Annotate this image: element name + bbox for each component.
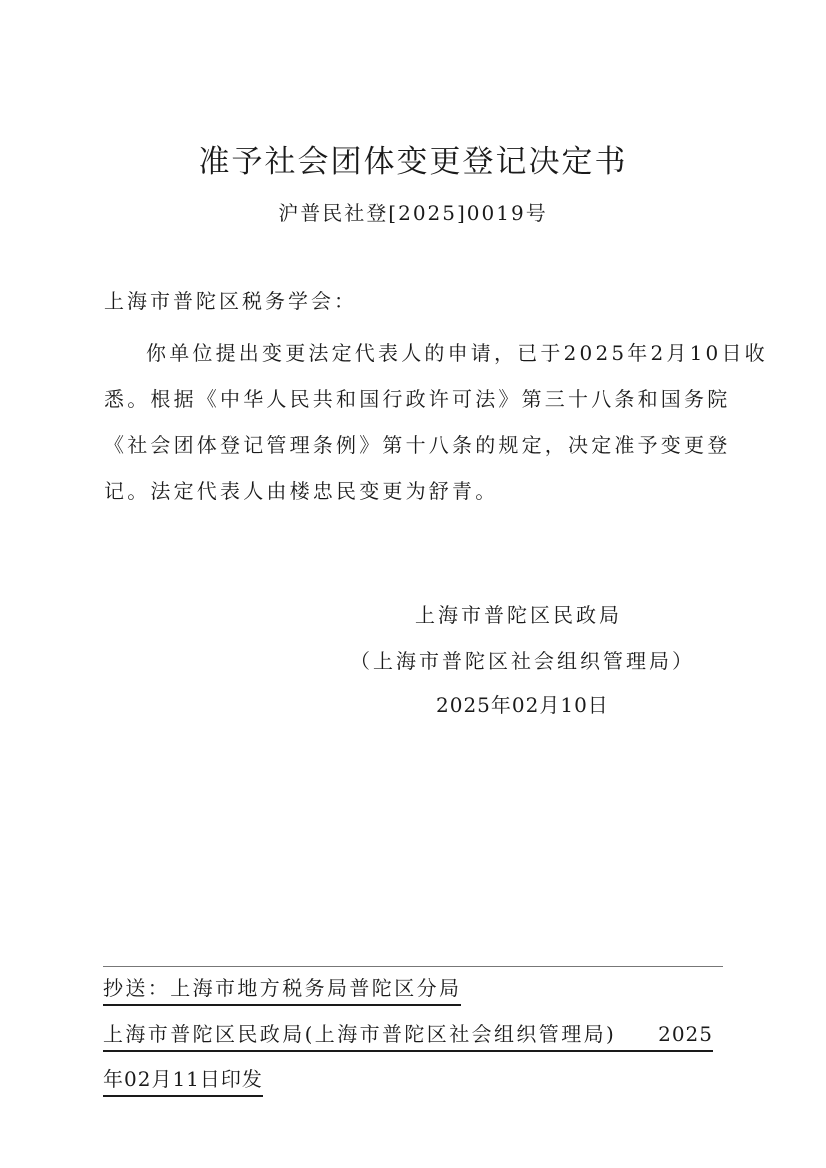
body-line: 你单位提出变更法定代表人的申请，已于2025年2月10日收	[146, 338, 768, 368]
addressee: 上海市普陀区税务学会：	[104, 286, 357, 316]
printer-year: 2025	[658, 1019, 713, 1049]
body-line: 记。法定代表人由楼忠民变更为舒青。	[104, 476, 498, 506]
body-line: 《社会团体登记管理条例》第十八条的规定，决定准予变更登	[104, 430, 730, 460]
document-number: 沪普民社登[2025]0019号	[0, 198, 826, 228]
print-date: 年02月11日印发	[103, 1064, 263, 1097]
printer-line: 上海市普陀区民政局(上海市普陀区社会组织管理局) 2025	[103, 1019, 713, 1052]
issue-date: 2025年02月10日	[436, 690, 609, 720]
body-line: 悉。根据《中华人民共和国行政许可法》第三十八条和国务院	[104, 384, 730, 414]
issuer-alias: （上海市普陀区社会组织管理局）	[350, 646, 695, 676]
issuer-name: 上海市普陀区民政局	[415, 600, 622, 630]
printer-org: 上海市普陀区民政局(上海市普陀区社会组织管理局)	[103, 1022, 616, 1046]
document-title: 准予社会团体变更登记决定书	[0, 140, 826, 184]
footer-divider	[103, 966, 723, 967]
cc-recipients: 抄送：上海市地方税务局普陀区分局	[103, 973, 461, 1006]
